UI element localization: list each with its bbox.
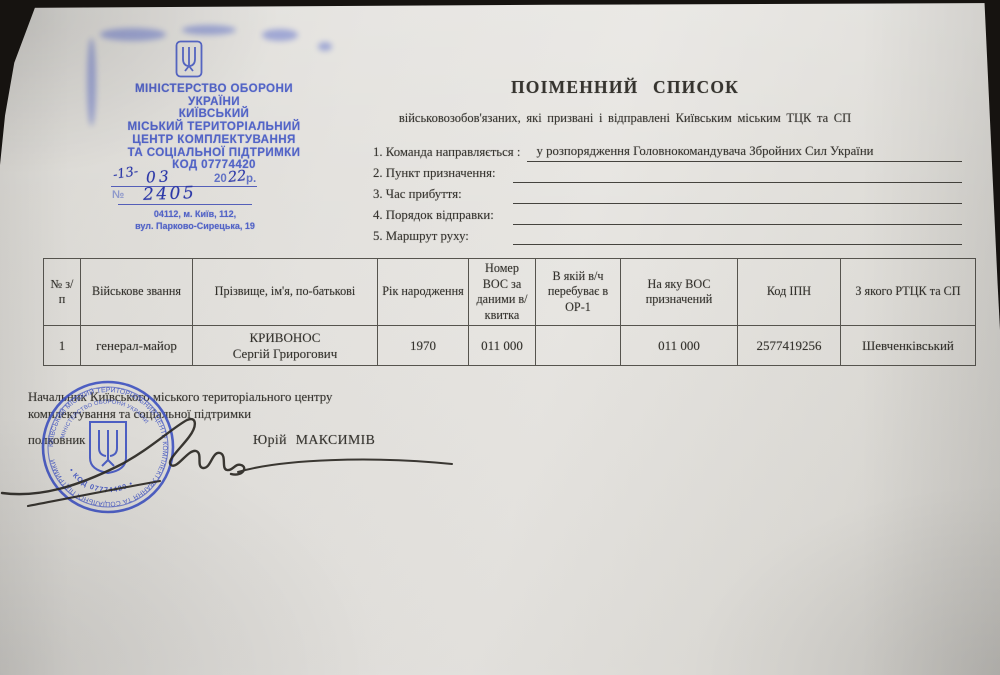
field-label-5: 5. Маршрут руху: xyxy=(373,229,469,244)
table-row: 1 генерал-майор КРИВОНОС Сергій Грирогов… xyxy=(44,326,976,366)
col-header-vos-ticket: Номер ВОС за даними в/квитка xyxy=(469,259,536,326)
stamp-number-sign: № xyxy=(112,189,124,201)
stamp-org-line: МІНІСТЕРСТВО ОБОРОНИ xyxy=(92,83,336,96)
roster-table: № з/п Військове звання Прізвище, ім'я, п… xyxy=(43,258,976,366)
col-header-num: № з/п xyxy=(44,259,81,326)
cell-vos-assigned: 011 000 xyxy=(621,326,738,366)
ink-smudge xyxy=(100,28,166,41)
stamp-year-printed: 20 xyxy=(214,173,227,185)
ink-smudge xyxy=(262,29,298,41)
stamp-year-hand: 22 xyxy=(227,168,247,186)
stamp-year-suffix: р. xyxy=(246,173,256,185)
field-line-4 xyxy=(513,224,962,225)
document-photo: МІНІСТЕРСТВО ОБОРОНИ УКРАЇНИ КИЇВСЬКИЙ М… xyxy=(0,0,1000,675)
stamp-address-1: 04112, м. Київ, 112, xyxy=(100,209,290,221)
cell-unit-or1 xyxy=(536,326,621,366)
page-subtitle: військовозобов'язаних, які призвані і ві… xyxy=(368,111,882,126)
trident-icon xyxy=(175,40,203,78)
table-header-row: № з/п Військове звання Прізвище, ім'я, п… xyxy=(44,259,976,326)
ink-smudge xyxy=(182,25,236,35)
cell-rtck: Шевченківський xyxy=(841,326,976,366)
field-label-2: 2. Пункт призначення: xyxy=(373,166,496,181)
photo-edge-right xyxy=(980,0,1000,330)
field-line-5 xyxy=(513,244,962,245)
col-header-name: Прізвище, ім'я, по-батькові xyxy=(193,259,378,326)
photo-edge-top xyxy=(0,0,1000,10)
field-line-1 xyxy=(527,161,962,162)
col-header-ipn-code: Код ІПН xyxy=(738,259,841,326)
cell-rank: генерал-майор xyxy=(81,326,193,366)
field-line-3 xyxy=(513,203,962,204)
cell-surname: КРИВОНОС xyxy=(197,330,373,346)
field-label-3: 3. Час прибуття: xyxy=(373,187,462,202)
stamp-org-line: МІСЬКИЙ ТЕРИТОРІАЛЬНИЙ xyxy=(92,121,336,134)
stamp-address-2: вул. Парково-Сирецька, 19 xyxy=(100,221,290,233)
col-header-vos-assigned: На яку ВОС призначений xyxy=(621,259,738,326)
col-header-rank: Військове звання xyxy=(81,259,193,326)
field-value-1: у розпорядження Головнокомандувача Зброй… xyxy=(535,144,875,159)
ink-smudge xyxy=(87,38,96,126)
ink-smudge xyxy=(318,42,332,51)
photo-edge-corner-left xyxy=(0,0,42,165)
signer-name: Юрій МАКСИМІВ xyxy=(253,432,375,448)
cell-given-name: Сергій Грирогович xyxy=(233,346,338,361)
stamp-org-name: МІНІСТЕРСТВО ОБОРОНИ УКРАЇНИ КИЇВСЬКИЙ М… xyxy=(92,83,336,172)
col-header-birth-year: Рік народження xyxy=(378,259,469,326)
stamp-date-day: -13- xyxy=(112,164,139,183)
cell-name: КРИВОНОС Сергій Грирогович xyxy=(193,326,378,366)
field-label-4: 4. Порядок відправки: xyxy=(373,208,494,223)
field-line-2 xyxy=(513,182,962,183)
stamp-number-rule xyxy=(118,204,252,205)
stamp-number-value: 2405 xyxy=(143,183,197,205)
col-header-rtck: З якого РТЦК та СП xyxy=(841,259,976,326)
page-title: ПОІМЕННИЙ СПИСОК xyxy=(370,77,880,98)
cell-vos-ticket: 011 000 xyxy=(469,326,536,366)
cell-birth-year: 1970 xyxy=(378,326,469,366)
col-header-unit-or1: В якій в/ч перебуває в ОР-1 xyxy=(536,259,621,326)
round-seal: КИЇВСЬКИЙ МІСЬКИЙ ТЕРИТОРІАЛЬНИЙ ЦЕНТР К… xyxy=(35,374,185,524)
stamp-org-line: ЦЕНТР КОМПЛЕКТУВАННЯ xyxy=(92,134,336,147)
cell-ipn-code: 2577419256 xyxy=(738,326,841,366)
field-label-1: 1. Команда направляється : xyxy=(373,145,520,160)
round-seal-trident-icon xyxy=(90,422,126,473)
cell-num: 1 xyxy=(44,326,81,366)
